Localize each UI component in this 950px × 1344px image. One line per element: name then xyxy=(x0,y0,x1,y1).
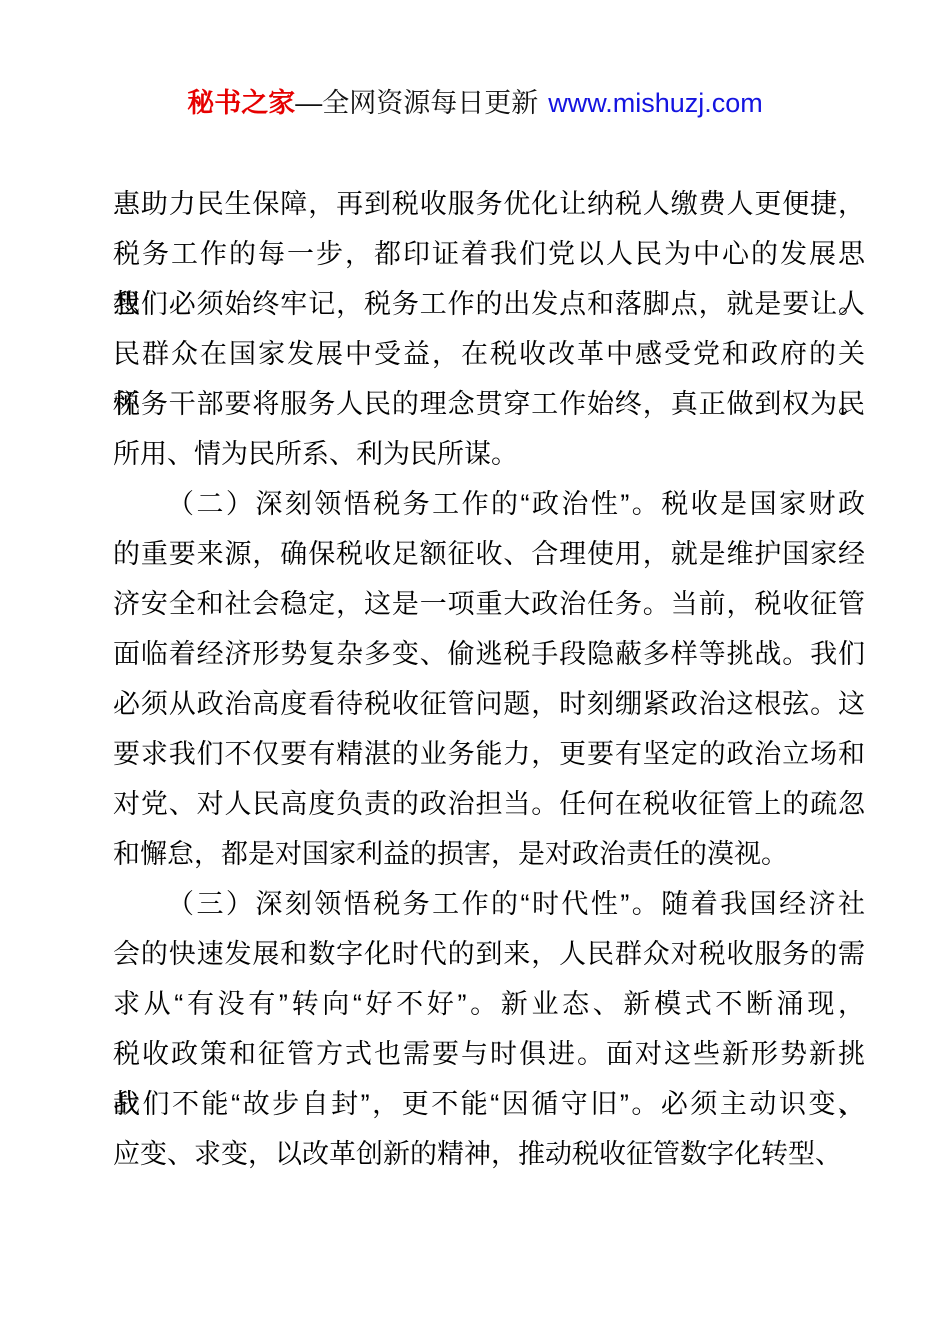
text-line: 和懈怠，都是对国家利益的损害，是对政治责任的漠视。 xyxy=(113,829,865,879)
header-tagline: 全网资源每日更新 xyxy=(322,88,538,118)
text-line: （三）深刻领悟税务工作的“时代性”。随着我国经济社 xyxy=(113,879,865,929)
text-line: 民群众在国家发展中受益，在税收改革中感受党和政府的关怀。 xyxy=(113,329,865,379)
text-line: 所用、情为民所系、利为民所谋。 xyxy=(113,429,865,479)
text-line: 税务工作的每一步，都印证着我们党以人民为中心的发展思想。 xyxy=(113,229,865,279)
text-line: 我们不能“故步自封”，更不能“因循守旧”。必须主动识变、 xyxy=(113,1079,865,1129)
text-line: 必须从政治高度看待税收征管问题，时刻绷紧政治这根弦。这 xyxy=(113,679,865,729)
text-line: 应变、求变，以改革创新的精神，推动税收征管数字化转型、 xyxy=(113,1129,865,1179)
text-line: 面临着经济形势复杂多变、偷逃税手段隐蔽多样等挑战。我们 xyxy=(113,629,865,679)
text-line: 的重要来源，确保税收足额征收、合理使用，就是维护国家经 xyxy=(113,529,865,579)
text-line: 税收政策和征管方式也需要与时俱进。面对这些新形势新挑战， xyxy=(113,1029,865,1079)
site-brand: 秘书之家 xyxy=(187,88,295,118)
text-line: 惠助力民生保障，再到税收服务优化让纳税人缴费人更便捷， xyxy=(113,179,865,229)
header-dash: — xyxy=(295,88,322,118)
text-line: 要求我们不仅要有精湛的业务能力，更要有坚定的政治立场和 xyxy=(113,729,865,779)
text-line: 税务干部要将服务人民的理念贯穿工作始终，真正做到权为民 xyxy=(113,379,865,429)
text-line: （二）深刻领悟税务工作的“政治性”。税收是国家财政 xyxy=(113,479,865,529)
document-body: 惠助力民生保障，再到税收服务优化让纳税人缴费人更便捷， 税务工作的每一步，都印证… xyxy=(113,179,865,1179)
paragraph-1: 惠助力民生保障，再到税收服务优化让纳税人缴费人更便捷， 税务工作的每一步，都印证… xyxy=(113,179,865,479)
text-line: 求从“有没有”转向“好不好”。新业态、新模式不断涌现， xyxy=(113,979,865,1029)
text-line: 会的快速发展和数字化时代的到来，人民群众对税收服务的需 xyxy=(113,929,865,979)
site-url-link[interactable]: www.mishuzj.com xyxy=(548,88,763,118)
text-line: 对党、对人民高度负责的政治担当。任何在税收征管上的疏忽 xyxy=(113,779,865,829)
document-page: 秘书之家—全网资源每日更新www.mishuzj.com 惠助力民生保障，再到税… xyxy=(0,0,950,1344)
paragraph-2: （二）深刻领悟税务工作的“政治性”。税收是国家财政 的重要来源，确保税收足额征收… xyxy=(113,479,865,879)
page-header: 秘书之家—全网资源每日更新www.mishuzj.com xyxy=(0,0,950,122)
paragraph-3: （三）深刻领悟税务工作的“时代性”。随着我国经济社 会的快速发展和数字化时代的到… xyxy=(113,879,865,1179)
text-line: 我们必须始终牢记，税务工作的出发点和落脚点，就是要让人 xyxy=(113,279,865,329)
text-line: 济安全和社会稳定，这是一项重大政治任务。当前，税收征管 xyxy=(113,579,865,629)
